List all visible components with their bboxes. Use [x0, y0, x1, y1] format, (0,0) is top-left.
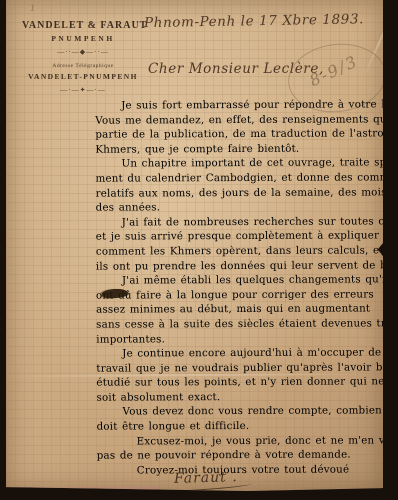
- letter-body: Je suis fort embarrassé pour répondre à …: [95, 97, 389, 478]
- letterhead-telegraph-address: VANDELET-PNUMPENH: [22, 72, 144, 81]
- letter-line: soit absolument exact.: [96, 389, 388, 405]
- letter-line: ils ont pu prendre les données qui leur …: [96, 258, 388, 274]
- letter-line: importantes.: [96, 331, 388, 347]
- letterhead-telegraph-label: Adresse Télégraphique: [22, 63, 144, 69]
- page-number-pencil-mark: 1: [30, 4, 35, 13]
- letter-sheet: 1 VANDELET & FARAUT PNUMPENH —··—◆—··— A…: [6, 0, 383, 491]
- letter-line: et je suis arrivé presque complètement à…: [96, 229, 388, 245]
- letter-line: pas de ne pouvoir répondre à votre deman…: [97, 448, 389, 464]
- paper-bottom-edge: [8, 487, 158, 491]
- letter-line: Khmers, que je compte faire bientôt.: [95, 141, 387, 157]
- letter-photograph: { "document": { "page_mark": "1", "lette…: [0, 0, 398, 500]
- letterhead-company-name: VANDELET & FARAUT: [22, 20, 144, 31]
- letter-line: partie de la publication, de ma traducti…: [95, 127, 387, 143]
- letter-line: des années.: [96, 200, 388, 216]
- letterhead-flourish-icon: —··—◆—··—: [22, 49, 144, 55]
- letterhead-flourish-icon: —·—✦—·—: [22, 87, 144, 93]
- letter-line: assez minimes au début, mais qui en augm…: [96, 302, 388, 318]
- letter-line: travail que je ne voudrais publier qu'ap…: [96, 360, 388, 376]
- signature: Faraut .: [174, 469, 238, 487]
- letter-line: J'ai fait de nombreuses recherches sur t…: [96, 214, 388, 230]
- letterhead-city: PNUMPENH: [22, 34, 144, 43]
- letter-line: Je continue encore aujourd'hui à m'occup…: [96, 345, 388, 361]
- letter-line: ment du calendrier Cambodgien, et donne …: [95, 170, 387, 186]
- salutation: Cher Monsieur Leclère,: [148, 61, 324, 77]
- letter-line: sans cesse à la suite des siècles étaien…: [96, 316, 388, 332]
- letter-line: Excusez-moi, je vous prie, donc et ne m'…: [97, 433, 389, 449]
- letter-line: Vous me demandez, en effet, des renseign…: [95, 112, 387, 128]
- letterhead: VANDELET & FARAUT PNUMPENH —··—◆—··— Adr…: [22, 20, 144, 93]
- letter-line: relatifs aux noms, des jours de la semai…: [96, 185, 388, 201]
- letter-line: ont dû faire à la longue pour corriger d…: [96, 287, 388, 303]
- letter-line: Croyez-moi toujours votre tout dévoué: [97, 462, 389, 478]
- letter-line: Un chapitre important de cet ouvrage, tr…: [95, 156, 387, 172]
- letter-line: Je suis fort embarrassé pour répondre à …: [95, 97, 387, 113]
- letter-line: J'ai même établi les quelques changement…: [96, 272, 388, 288]
- letter-line: doit être longue et difficile.: [97, 418, 389, 434]
- letter-line: Vous devez donc vous rendre compte, comb…: [97, 404, 389, 420]
- letter-line: comment les Khmers opèrent, dans leurs c…: [96, 243, 388, 259]
- letter-line: étudié sur tous les points, et n'y rien …: [96, 375, 388, 391]
